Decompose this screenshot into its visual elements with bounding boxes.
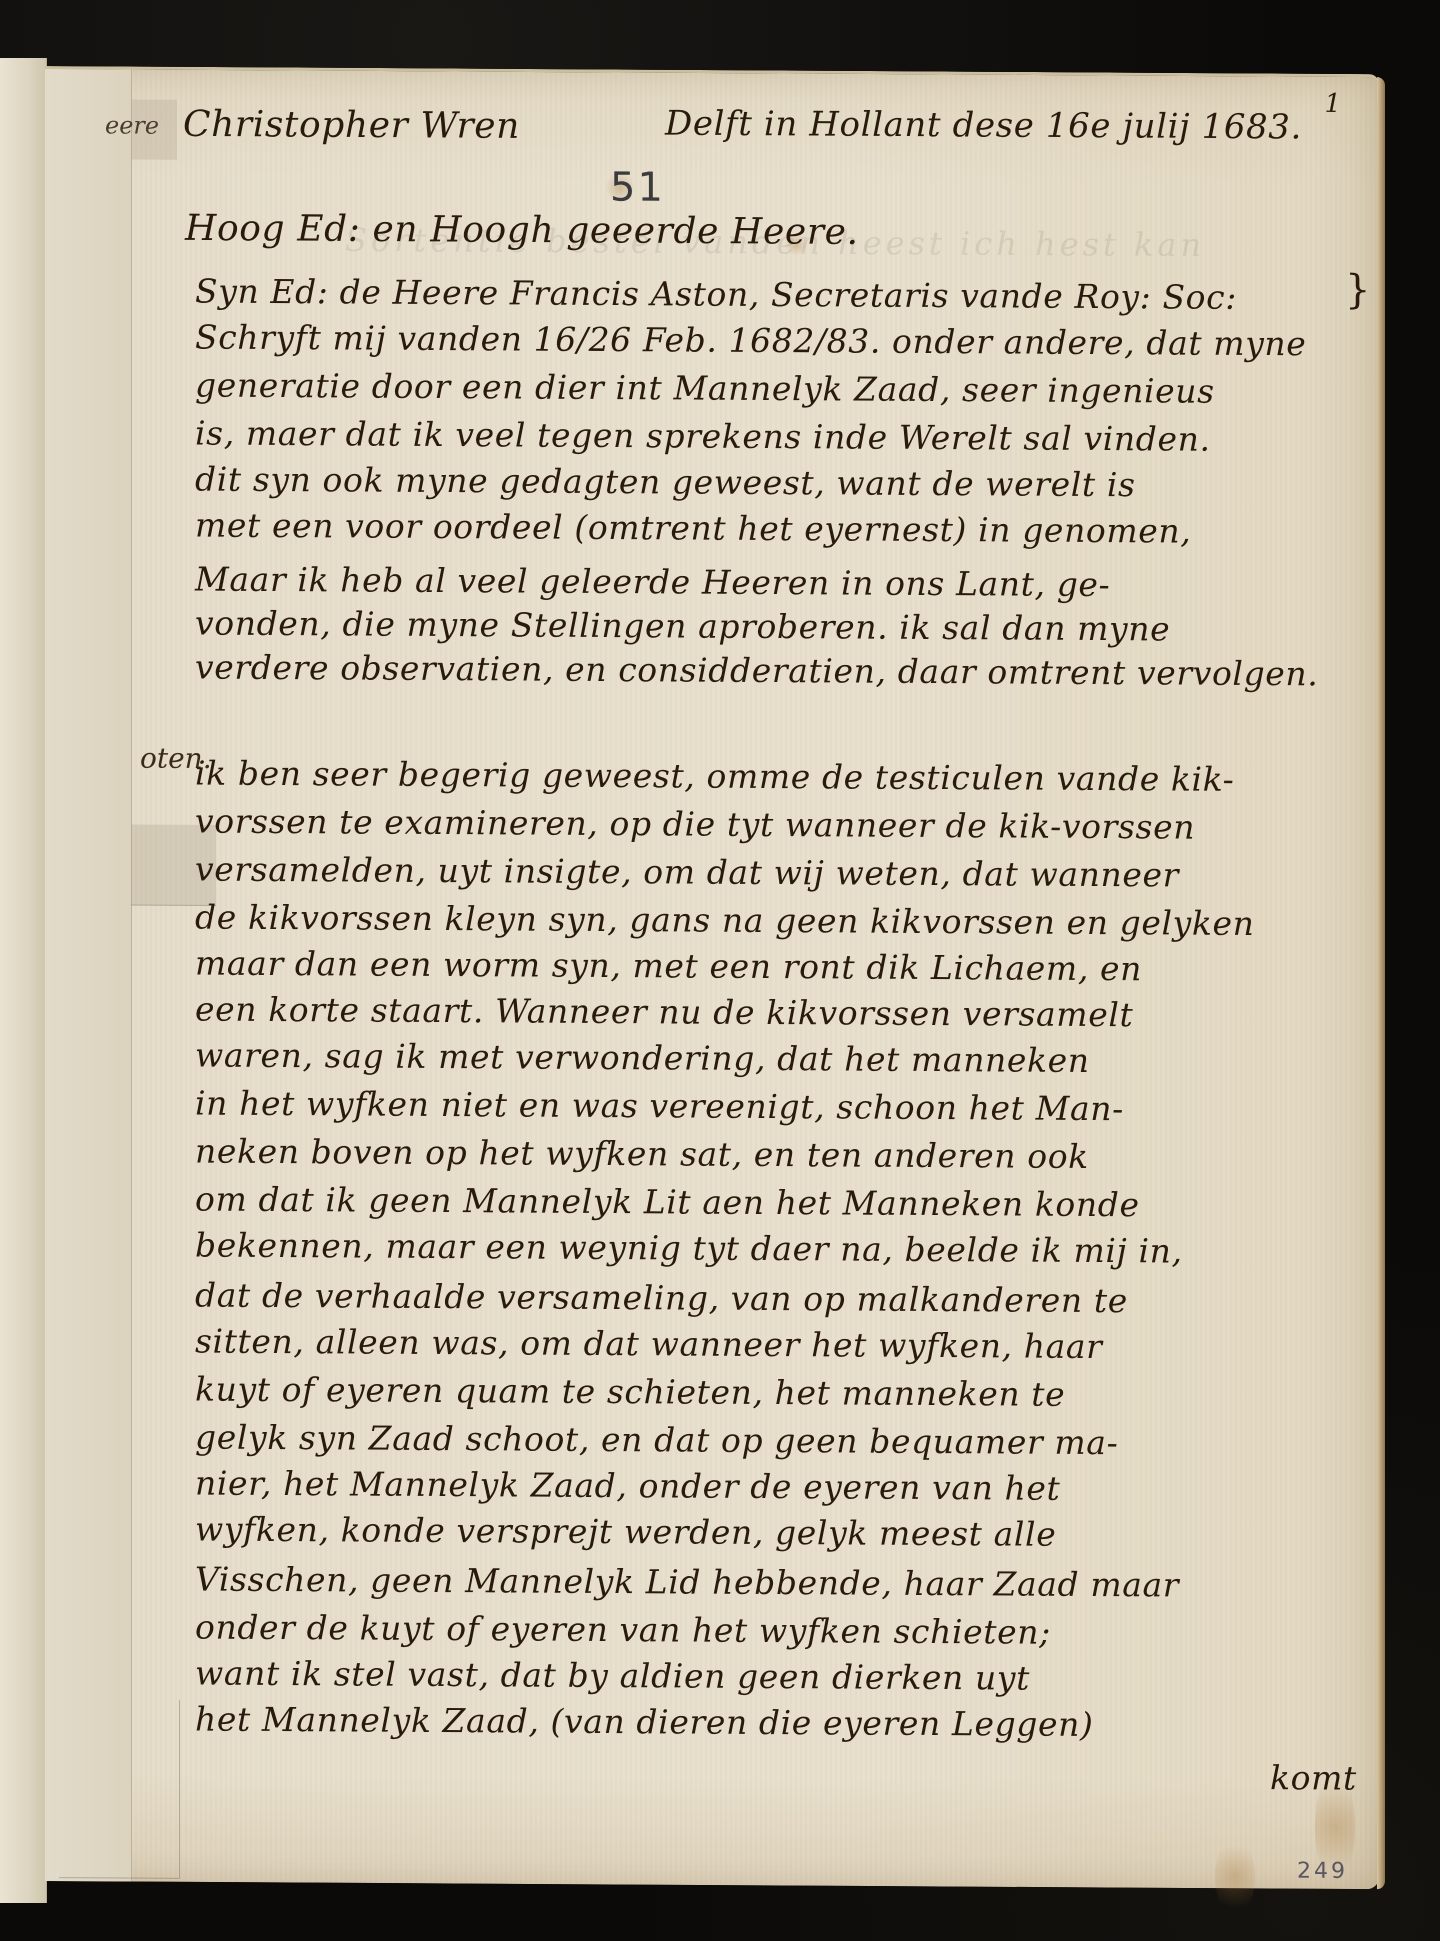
mounting-strip bbox=[45, 69, 132, 1882]
text-line: wyfken, konde versprejt werden, gelyk me… bbox=[195, 1509, 1056, 1553]
text-line: gelyk syn Zaad schoot, en dat op geen be… bbox=[195, 1417, 1118, 1462]
addressee: Christopher Wren bbox=[183, 104, 520, 147]
text-line: Visschen, geen Mannelyk Lid hebbende, ha… bbox=[195, 1559, 1179, 1604]
text-line: in het wyfken niet en was vereenigt, sch… bbox=[195, 1083, 1124, 1128]
text-line: dat de verhaalde versameling, van op mal… bbox=[195, 1275, 1128, 1320]
text-line: nier, het Mannelyk Zaad, onder de eyeren… bbox=[195, 1463, 1060, 1507]
text-line: maar dan een worm syn, met een ront dik … bbox=[195, 943, 1142, 988]
salutation: Hoog Ed: en Hoogh geeerde Heere. bbox=[185, 208, 859, 253]
text-line: Schryft mij vanden 16/26 Feb. 1682/83. o… bbox=[195, 317, 1306, 363]
text-line: met een voor oordeel (omtrent het eyerne… bbox=[195, 505, 1191, 550]
binding-guard-strip bbox=[0, 58, 47, 1903]
text-line: generatie door een dier int Mannelyk Zaa… bbox=[195, 365, 1215, 410]
place-date: Delft in Hollant dese 16e julij 1683. bbox=[665, 104, 1302, 148]
text-line: een korte staart. Wanneer nu de kikvorss… bbox=[195, 989, 1133, 1034]
text-line: ik ben seer begerig geweest, omme de tes… bbox=[195, 753, 1234, 798]
text-line: kuyt of eyeren quam te schieten, het man… bbox=[195, 1369, 1065, 1413]
addressee-margin-fragment: eere bbox=[105, 111, 159, 139]
text-line: verdere observatien, en considderatien, … bbox=[195, 647, 1318, 693]
catchword: komt bbox=[1270, 1758, 1357, 1798]
manuscript-page: Sortentie bestel vanden heest ich hest k… bbox=[45, 66, 1379, 1889]
text-line: bekennen, maar een weynig tyt daer na, b… bbox=[195, 1225, 1183, 1270]
text-line: versamelden, uyt insigte, om dat wij wet… bbox=[195, 849, 1179, 894]
text-line: dit syn ook myne gedagten geweest, want … bbox=[195, 459, 1136, 504]
margin-brace-mark: } bbox=[1345, 267, 1370, 313]
text-line: het Mannelyk Zaad, (van dieren die eyere… bbox=[195, 1699, 1094, 1743]
archive-number: 249 bbox=[1297, 1859, 1348, 1884]
text-line: is, maer dat ik veel tegen sprekens inde… bbox=[195, 413, 1211, 458]
text-line: Syn Ed: de Heere Francis Aston, Secretar… bbox=[195, 271, 1237, 316]
text-line: sitten, alleen was, om dat wanneer het w… bbox=[195, 1321, 1103, 1366]
folio-number: 51 bbox=[610, 164, 665, 210]
text-line: want ik stel vast, dat by aldien geen di… bbox=[195, 1653, 1030, 1697]
text-line: waren, sag ik met verwondering, dat het … bbox=[195, 1035, 1090, 1079]
text-line: om dat ik geen Mannelyk Lit aen het Mann… bbox=[195, 1179, 1140, 1224]
text-line: vonden, die myne Stellingen aproberen. i… bbox=[195, 603, 1170, 648]
page-fore-edge bbox=[1377, 77, 1385, 1889]
text-line: neken boven op het wyfken sat, en ten an… bbox=[195, 1131, 1089, 1175]
text-line: onder de kuyt of eyeren van het wyfken s… bbox=[195, 1607, 1051, 1651]
text-line: vorssen te examineren, op die tyt wannee… bbox=[195, 801, 1195, 846]
text-line: de kikvorssen kleyn syn, gans na geen ki… bbox=[195, 897, 1255, 942]
page-number: 1 bbox=[1324, 89, 1341, 119]
text-line: Maar ik heb al veel geleerde Heeren in o… bbox=[195, 559, 1110, 604]
foxing-stain bbox=[1215, 1836, 1255, 1916]
repair-patch-bottom bbox=[59, 1699, 180, 1879]
